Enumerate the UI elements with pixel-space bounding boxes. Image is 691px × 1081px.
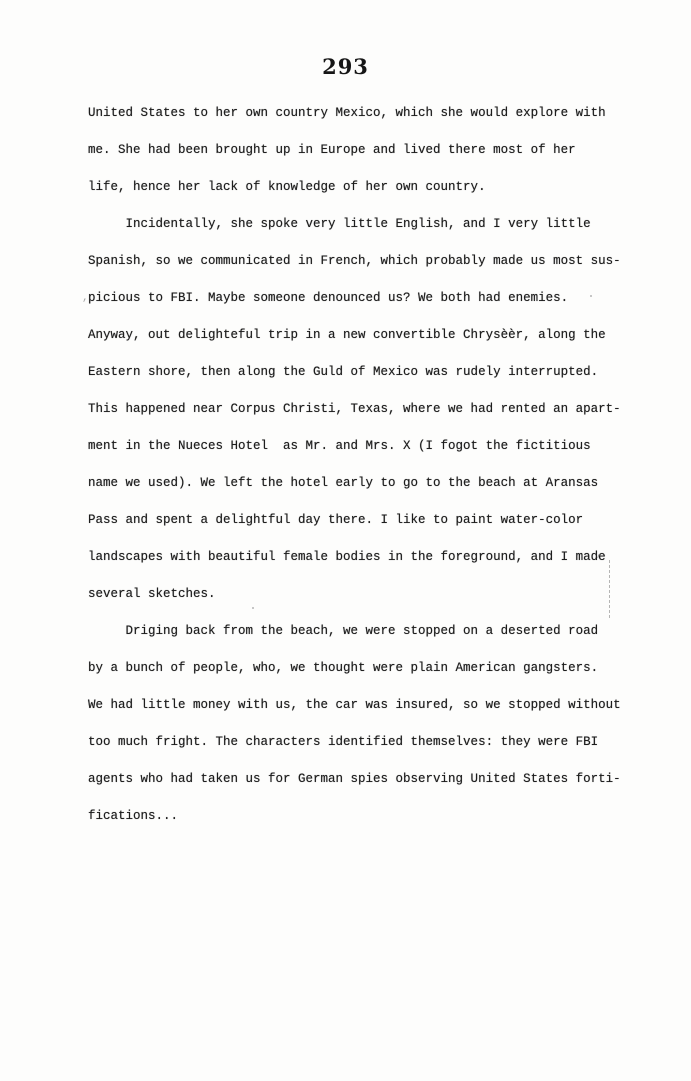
text-line: picious to FBI. Maybe someone denounced … <box>88 280 628 317</box>
text-line: name we used). We left the hotel early t… <box>88 465 628 502</box>
text-line: several sketches. <box>88 576 628 613</box>
right-margin-dashed-mark <box>609 560 610 618</box>
right-margin-speck: , <box>596 548 603 560</box>
typewritten-text-block: United States to her own country Mexico,… <box>88 95 628 835</box>
paper-speck <box>252 607 254 609</box>
text-line: me. She had been brought up in Europe an… <box>88 132 628 169</box>
text-line: fications... <box>88 798 628 835</box>
text-line: ment in the Nueces Hotel as Mr. and Mrs.… <box>88 428 628 465</box>
page-number: 293 <box>0 54 691 79</box>
text-line: We had little money with us, the car was… <box>88 687 628 724</box>
text-line: by a bunch of people, who, we thought we… <box>88 650 628 687</box>
text-line: Incidentally, she spoke very little Engl… <box>88 206 628 243</box>
text-line: life, hence her lack of knowledge of her… <box>88 169 628 206</box>
text-line: Driging back from the beach, we were sto… <box>88 613 628 650</box>
text-line: Pass and spent a delightful day there. I… <box>88 502 628 539</box>
text-line: agents who had taken us for German spies… <box>88 761 628 798</box>
left-margin-speck: , <box>82 292 89 304</box>
text-line: This happened near Corpus Christi, Texas… <box>88 391 628 428</box>
scanned-document-page: 293 United States to her own country Mex… <box>0 0 691 1081</box>
text-line: Eastern shore, then along the Guld of Me… <box>88 354 628 391</box>
text-line: too much fright. The characters identifi… <box>88 724 628 761</box>
text-line: Anyway, out delighteful trip in a new co… <box>88 317 628 354</box>
paper-speck <box>590 295 592 297</box>
text-line: United States to her own country Mexico,… <box>88 95 628 132</box>
text-line: landscapes with beautiful female bodies … <box>88 539 628 576</box>
text-line: Spanish, so we communicated in French, w… <box>88 243 628 280</box>
